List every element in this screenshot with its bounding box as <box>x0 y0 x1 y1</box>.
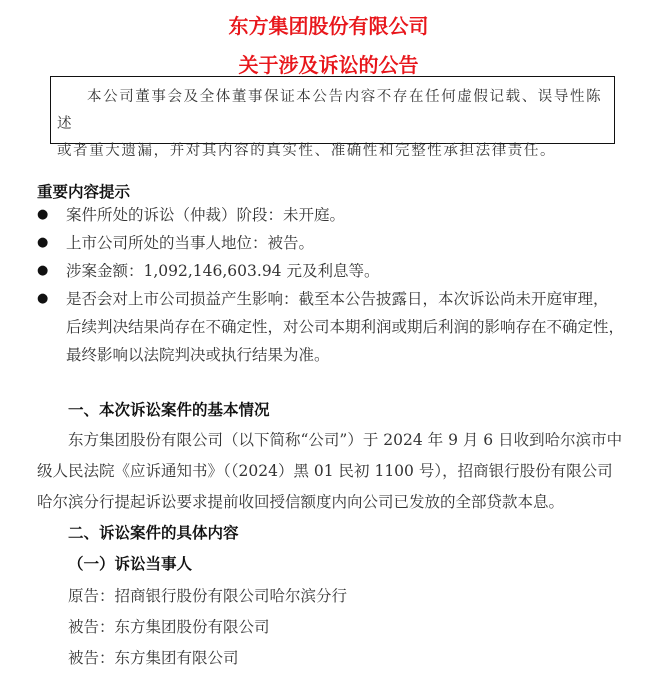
disclaimer-box: 本公司董事会及全体董事保证本公告内容不存在任何虚假记载、误导性陈述或者重大遗漏，… <box>50 76 615 144</box>
disclaimer-line-2: 或者重大遗漏，并对其内容的真实性、准确性和完整性承担法律责任。 <box>57 143 556 159</box>
party-defendant: 被告：东方集团有限公司 <box>68 646 239 668</box>
section-1-heading: 一、本次诉讼案件的基本情况 <box>68 398 270 420</box>
section-2-heading: 二、诉讼案件的具体内容 <box>68 521 239 543</box>
highlight-text-line: 最终影响以法院判决或执行结果为准。 <box>66 342 636 369</box>
announcement-title: 关于涉及诉讼的公告 <box>0 49 657 78</box>
party-defendant: 被告：东方集团股份有限公司 <box>68 615 270 637</box>
highlight-text: 上市公司所处的当事人地位：被告。 <box>66 230 636 257</box>
highlight-text: 案件所处的诉讼（仲裁）阶段：未开庭。 <box>66 202 636 229</box>
highlight-text-line: 是否会对上市公司损益产生影响：截至本公告披露日，本次诉讼尚未开庭审理， <box>66 286 636 313</box>
disclaimer-line-1: 本公司董事会及全体董事保证本公告内容不存在任何虚假记载、误导性陈述 <box>57 89 602 132</box>
disclaimer-text: 本公司董事会及全体董事保证本公告内容不存在任何虚假记载、误导性陈述或者重大遗漏，… <box>51 77 614 165</box>
highlight-text-line: 后续判决结果尚存在不确定性，对公司本期利润或期后利润的影响存在不确定性， <box>66 314 636 341</box>
section-1-line: 东方集团股份有限公司（以下简称“公司”）于 2024 年 9 月 6 日收到哈尔… <box>68 428 622 450</box>
bullet-icon: ● <box>37 291 48 306</box>
parties-subheading: （一）诉讼当事人 <box>68 552 192 574</box>
section-1-line: 哈尔滨分行提起诉讼要求提前收回授信额度内向公司已发放的全部贷款本息。 <box>37 490 564 512</box>
highlight-text: 涉案金额：1,092,146,603.94 元及利息等。 <box>66 258 636 285</box>
section-1-line: 级人民法院《应诉通知书》（（2024）黑 01 民初 1100 号），招商银行股… <box>37 459 613 481</box>
bullet-icon: ● <box>37 235 48 250</box>
company-name-title: 东方集团股份有限公司 <box>0 10 657 39</box>
bullet-icon: ● <box>37 207 48 222</box>
highlights-heading: 重要内容提示 <box>37 180 130 202</box>
bullet-icon: ● <box>37 263 48 278</box>
party-plaintiff: 原告：招商银行股份有限公司哈尔滨分行 <box>68 584 347 606</box>
